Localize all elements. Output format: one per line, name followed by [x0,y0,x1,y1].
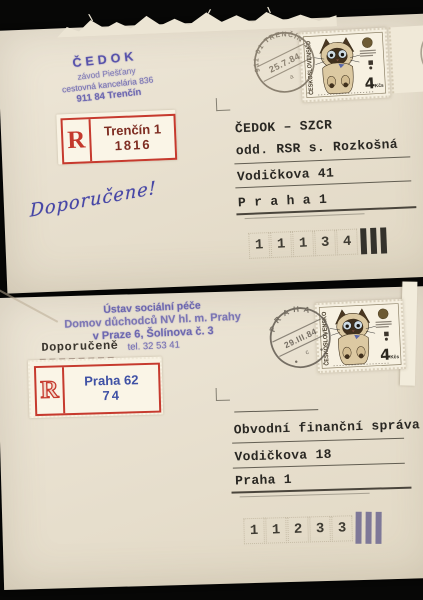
registered-r-letter: R [63,119,93,162]
postal-code-digit: 1 [270,231,292,258]
typed-doporucene: Doporučeně [41,339,118,355]
postal-code-digit: 1 [292,230,314,257]
registered-label-text: Trenčín 1 1816 [91,116,176,161]
address-corner-mark [216,98,231,112]
postmark-index-letter: c [304,348,311,356]
stamp-currency: Kčs [375,83,384,90]
sorting-bar [365,512,371,544]
registered-label-top: R Trenčín 1 1816 [56,110,177,165]
postal-code-digit: 1 [243,518,265,545]
sorting-bars [360,227,387,254]
postal-code-digit: 3 [309,516,331,543]
postal-code-digit: 3 [331,515,353,542]
address-underline [234,409,318,412]
address-underline [232,438,404,444]
stamp-emblem-kitten [378,309,388,319]
sorting-bar [355,512,361,544]
postmark-star [320,348,323,351]
sorting-bar [370,228,377,254]
handwritten-doporucene: Doporučene! [30,177,157,221]
registered-label-frame: R Praha 62 74 [34,363,161,416]
address-line: Vodičkova 18 [234,447,332,465]
registered-label-text: Praha 62 74 [64,365,159,414]
postal-code-digit: 4 [336,229,358,256]
sorting-bar [380,227,387,253]
registered-label-frame: R Trenčín 1 1816 [60,114,177,165]
stamp-currency: Kčs [390,354,399,360]
address-line: Praha 1 [235,472,292,489]
address-line: odd. RSR s. Rozkošná [236,137,399,158]
postal-code-digit: 1 [248,232,270,259]
address-underline [240,493,370,498]
envelope-top: ČEDOK závod Piešťany cestovná kancelária… [0,13,423,293]
sorting-bar [360,228,367,254]
sorting-bars [355,512,381,544]
postal-code-digit: 3 [314,229,336,256]
stamp-ornament [384,332,389,337]
address-corner-mark [216,388,230,401]
address-line: Vodičkova 41 [237,165,335,184]
postal-code-digit: 2 [287,516,309,543]
registration-number: 1816 [114,138,151,154]
address-line: Obvodní finanční správa [234,417,421,437]
postal-code-boxes: 1 1 2 3 3 [243,515,354,544]
registered-label-bottom: R Praha 62 74 [28,357,164,419]
registration-number: 74 [102,389,121,404]
photo-black-background: ČEDOK závod Piešťany cestovná kancelária… [0,0,423,600]
postmark-star [295,360,298,363]
address-line: ČEDOK – SZCR [235,117,333,136]
stamp-ornament [368,60,373,65]
sender-handstamp-cedok: ČEDOK závod Piešťany cestovná kancelária… [48,46,165,107]
postal-code-boxes: 1 1 1 3 4 [248,229,359,259]
registered-r-letter: R [36,367,65,414]
address-line: P r a h a 1 [238,192,328,211]
postmark-partial-edge [395,25,423,87]
stamp-emblem-kitten [362,37,373,48]
postmark-index-letter: a [289,73,296,81]
envelope-bottom: Ústav sociální péče Domov důchodců NV hl… [0,286,423,590]
address-underline [234,156,410,164]
sorting-bar [375,512,381,544]
postal-code-digit: 1 [265,517,287,544]
